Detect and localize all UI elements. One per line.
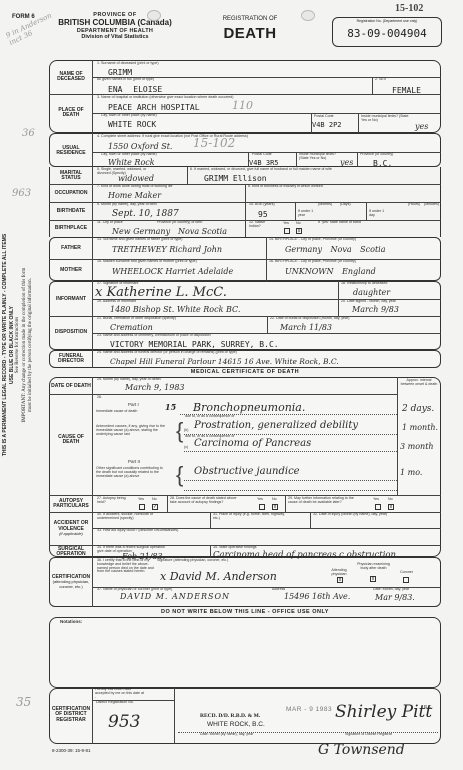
other-conditions: Obstructive jaundice [194,466,300,477]
notations-box [49,617,441,688]
cause-c: Carcinoma of Pancreas [194,438,311,449]
hours-label: (Hours) [408,203,420,207]
immediate-cause: Bronchopneumonia. [193,401,305,414]
countersignature: G Townsend [318,742,405,758]
divider [92,688,93,744]
registrar-date-label: Date: Month (by name), day, year [200,733,253,737]
city-label: City, town or other place (by name) [101,114,157,118]
q32-label: 32. Date of injury (Month (by name), day… [313,513,387,517]
section-label-disposition: DISPOSITION [50,318,92,348]
coroner-checkbox[interactable] [403,577,409,583]
divider [184,480,397,481]
certification-sublabel: (attending physician, coroner, etc.) [50,580,92,589]
birthdate-label: 9. Month (by name), day, year of birth [97,203,157,207]
months-label: (Months) [318,203,332,207]
divider [372,77,373,94]
surname-value: GRIMM [108,68,132,77]
immediate-interval: 2 days. [402,404,434,414]
section-label-place-of-death: PLACE OF DEATH [50,98,92,128]
disposition-date-label: 22. Date of burial or disposition (month… [270,317,349,321]
postal-label: Postal Code [314,115,334,119]
brace-icon: { [176,464,183,486]
address-value: 1550 Oxford St. [108,142,172,151]
q28-yes-label: Yes [257,498,263,502]
q30-label: 30. If accident, suicide, homicide or un… [97,513,172,521]
received-stamp-line2: WHITE ROCK, B.C. [207,721,265,728]
section-label-registrar: CERTIFICATION OF DISTRICT REGISTRAR [50,700,92,730]
mother-name-label: 15. Maiden surname and given names of mo… [97,260,197,264]
other-conditions-label: Other significant conditions contributin… [96,467,168,478]
res-municipal-label: Inside municipal limits? (State Yes or N… [299,153,344,161]
divider [358,113,359,133]
surname-label: 1. Surname of deceased (print or type) [97,62,159,66]
divider [184,490,397,491]
section-label-cause-of-death: CAUSE OF DEATH [50,430,92,450]
disposition-place-value: VICTORY MEMORIAL PARK, SURREY, B.C. [110,340,279,349]
section-label-date-of-death: DATE OF DEATH [50,380,92,394]
form-code: 8-2300-39: 15-9-81 [52,748,91,753]
q27-yes-label: Yes [138,498,144,502]
native-no-checkbox[interactable]: x [296,228,302,234]
registration-title: REGISTRATION OF DEATH [205,16,295,42]
section-label-residence: USUAL RESIDENCE [50,137,92,165]
father-birthplace-value: Germany Nova Scotia [285,245,386,254]
divider [167,495,168,512]
office-use-divider: DO NOT WRITE BELOW THIS LINE - OFFICE US… [49,609,441,615]
under-day-label: If under 1 day [369,210,387,218]
divider [397,377,398,495]
section-label-birthdate: BIRTHDATE [50,203,92,220]
band-label: If "yes" state name of band [318,221,361,225]
divider [210,512,211,528]
birth-city-value: New Germany [112,227,170,236]
section-label-certification: CERTIFICATION (attending physician, coro… [50,562,92,602]
cause-b-interval: 1 month. [402,423,438,432]
age-value: 95 [258,210,268,219]
division: Division of Vital Statistics [50,34,180,40]
notations-label: Notations: [60,620,82,625]
district-no-label: District Registration No. [96,701,134,705]
section-label-accident: ACCIDENT OR VIOLENCE (if applicable) [50,514,92,544]
vertical-instructions: THIS IS A PERMANENT LEGAL RECORD - TYPE … [2,130,35,560]
work-label: 7. Kind of work done during most of work… [97,185,173,189]
spouse-label: 6. If married, widowed, or divorced, giv… [190,168,332,172]
q27-no-checkbox[interactable]: ✓ [152,504,158,510]
registration-number-box: Registration No. (Department use only) 8… [332,17,442,47]
title-large: DEATH [205,25,295,42]
registrar-signature: Shirley Pitt [335,702,432,722]
title-small: REGISTRATION OF [205,16,295,22]
divider [174,688,175,744]
disposition-place-label: 23. Name and address of cemetery, cremat… [97,334,211,338]
relationship-label: 18. Relationship to deceased [341,282,387,286]
q36-label: 36. I certify that to the best of my kno… [97,559,155,574]
mother-name-value: WHEELOCK Harriet Adelaide [112,267,233,276]
physician-name: DAVID M. ANDERSON [120,592,230,601]
cause-b-tag: (b) [184,429,188,433]
days-label: (Days) [340,203,351,207]
city-value: WHITE ROCK [108,120,156,129]
q27-no-label: No [152,498,157,502]
informant-date-value: March 9/83 [352,305,399,314]
operative-findings: Carcinoma head of pancreas c obstruction [213,550,396,560]
cert-signature: x David M. Anderson [160,570,277,583]
cause-c-tag: (c) [184,446,188,450]
given-names-value: ENA ELOISE [108,85,162,94]
divider [310,512,311,528]
res-postal-label: Postal Code [252,153,272,157]
medical-heading: MEDICAL CERTIFICATE OF DEATH [49,369,441,375]
section-label-name: NAME OF DECEASED [50,62,92,92]
important-line: must be initialled by the person certify… [28,130,35,560]
informant-date-label: 20. Date signed - Month, day, year [341,300,396,304]
cause-b: Prostration, generalized debility [194,420,358,431]
section-label-marital: MARITAL STATUS [50,168,92,184]
hospital-value: PEACE ARCH HOSPITAL [108,103,200,112]
other-interval: 1 mo. [400,468,422,477]
q28-label: 28. Does the cause of death stated above… [170,497,242,505]
interval-label: Approx. interval between onset & death [400,379,438,387]
res-postal-value: V4B 3R5 [249,159,279,167]
attending-checkbox[interactable]: x [337,577,343,583]
punch-hole-icon [301,10,315,21]
punch-hole-icon [147,10,161,21]
immediate-label: Immediate cause of death [96,410,137,414]
father-name-label: 13. Surname and given names of father (p… [97,238,183,242]
res-city-value: White Rock [108,158,155,167]
res-municipal-value: yes [340,158,353,167]
birth-province-value: Nova Scotia [178,227,227,236]
section-label-father: FATHER [50,238,92,259]
q27-yes-checkbox[interactable] [139,504,145,510]
divider [295,202,296,220]
antecedent-label: Antecedent causes, if any, giving rise t… [96,425,171,436]
native-label: 12. Native Indian? [249,221,267,229]
native-no-label: No [296,222,301,226]
part1-label: Part I [128,403,139,408]
minutes-label: (Minutes) [424,203,439,207]
province-line2: BRITISH COLUMBIA (Canada) [50,18,180,27]
district-no-value: 953 [108,712,140,732]
divider [210,545,211,557]
native-yes-checkbox[interactable] [284,228,290,234]
accident-sublabel: (if applicable) [59,532,83,536]
received-stamp-line1: RECD. D/D. R.B.D. & M. [200,713,260,719]
res-province-value: B.C. [373,159,392,168]
section-label-funeral: FUNERAL DIRECTOR [50,351,92,367]
divider [267,316,268,333]
industry-label: 8. Kind of business or industry in which… [248,185,323,189]
section-label-birthplace: BIRTHPLACE [50,221,92,237]
father-birthplace-label: 14. BIRTHPLACE - City or place, Province… [269,238,356,242]
work-value: Home Maker [108,191,161,200]
q31-label: 31. Place of injury (e.g. home, farm, hi… [213,513,288,521]
cert-signature-label: Signature (attending physician, coroner,… [157,559,228,563]
item-26-label: 26. [97,396,102,400]
address-note: 15-102 [193,136,235,150]
examining-checkbox[interactable]: x [370,576,376,582]
divider [92,60,93,368]
given-names-label: All given names in full (print or type) [97,78,154,82]
divider [184,451,397,452]
q28-yes-checkbox[interactable] [259,504,265,510]
informant-address-label: 19. Address of informant [97,300,136,304]
received-stamp-date: MAR - 9 1983 [286,706,332,713]
funeral-value: Chapel Hill Funeral Parlour 14615 16 Ave… [110,357,339,366]
due-to-label: due to, or as a consequence of [185,415,234,419]
spouse-value: GRIMM Ellison [204,174,267,183]
cause-c-interval: 3 month [400,442,434,451]
death-date-label: 25. Month (by name), day, year of death [97,378,161,382]
brace-icon: { [176,420,183,442]
postal-value: V4B 2P2 [312,121,342,129]
hospital-note: 110 [232,99,253,112]
municipal-value: yes [415,122,428,131]
mother-birthplace-value: UNKNOWN England [285,267,376,276]
registrar-certify-text: I certify this return was accepted by me… [95,688,145,699]
under-year-label: If under 1 year [298,210,318,218]
section-label-occupation: OCCUPATION [50,185,92,202]
birth-city-label: 11. City or place [97,221,123,225]
sex-label: 2. SEX [375,78,386,82]
relationship-value: daughter [353,288,390,297]
stamp-number: 15-102 [395,3,423,14]
divider [245,184,246,237]
informant-signature: x Katherine L. McC. [95,285,227,300]
disposition-date-value: March 11/83 [280,323,332,332]
registration-number: 83-09-004904 [333,27,441,40]
attending-label: Attending physician [327,569,351,577]
immediate-prefix: 15 [165,402,176,412]
q29-label: 29. May further information relating to … [288,497,358,505]
margin-note-35: 35 [16,695,31,709]
physician-address: 15496 16th Ave. [284,592,350,601]
disposition-type-label: 21. Burial, cremation or other dispositi… [97,317,176,321]
section-label-surgical: SURGICAL OPERATION [50,546,92,558]
funeral-label: 24. Name and address of funeral director… [97,351,237,355]
examining-label: Physician examining body after death [356,563,391,571]
q28-no-label: No [272,498,277,502]
father-name-value: TRETHEWEY Richard John [112,245,222,254]
q29-no-checkbox[interactable]: x [388,504,394,510]
divider [366,202,367,220]
res-city-label: City, town or other place (by name) [101,153,157,157]
mother-birthplace-label: 16. BIRTHPLACE - City or place, Province… [269,260,356,264]
birth-province-label: Province (or country) of birth [157,221,202,225]
q29-yes-checkbox[interactable] [375,504,381,510]
cert-date: Mar 9/83. [375,593,415,602]
marital-value: widowed [118,174,154,183]
municipal-label: Inside municipal limits? (State Yes or N… [361,115,411,123]
coroner-label: Coroner [400,571,413,575]
death-date-value: March 9, 1983 [125,383,185,392]
native-yes-label: Yes [283,222,289,226]
hospital-label: 3. Name of hospital or institution (othe… [97,96,233,100]
disposition-type-value: Cremation [110,323,153,332]
death-registration-form: FORM 6 9 in Anderson inct 36 PROVINCE OF… [0,0,463,770]
cert-date-label: Date: Month, day, year [373,588,409,592]
divider [285,495,286,512]
birthdate-value: Sept. 10, 1887 [112,209,179,219]
informant-address-value: 1480 Bishop St. White Rock BC. [110,305,240,314]
q27-label: 27. Autopsy being held? [97,497,132,505]
divider [357,152,358,167]
section-label-autopsy: AUTOPSY PARTICULARS [50,496,92,512]
res-province-label: Province (or country) [360,153,393,157]
q29-yes-label: Yes [373,498,379,502]
age-label: 10. AGE (years) [249,203,275,207]
divider [187,167,188,184]
q28-no-checkbox[interactable]: x [272,504,278,510]
part2-label: Part II [128,460,140,465]
registration-caption: Registration No. (Department use only) [333,20,441,24]
section-label-mother: MOTHER [50,260,92,281]
divider [296,152,297,167]
registrar-signature-label: Signature of District Registrar [345,733,392,737]
q29-no-label: No [388,498,393,502]
section-label-informant: INFORMANT [50,284,92,316]
q33-label: 33. How did injury occur? (describe circ… [97,529,178,533]
divider [92,377,93,607]
